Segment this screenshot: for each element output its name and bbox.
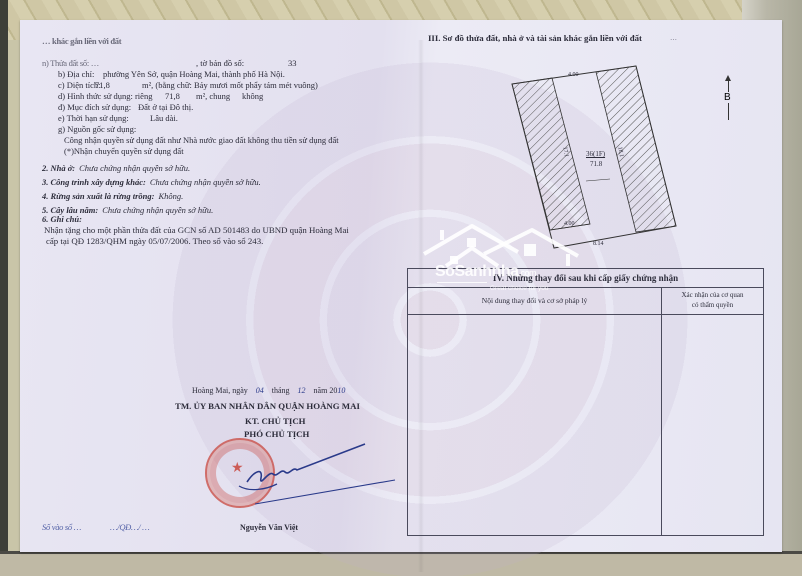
dim-right-side: 18.1 [614, 146, 626, 158]
column-divider [661, 314, 662, 535]
col-authority-confirmation: Xác nhận của cơ quan có thẩm quyền [662, 290, 763, 310]
purpose-value: Đất ở tại Đô thị. [138, 102, 193, 112]
signature-icon [225, 440, 405, 520]
place-date-label: Hoàng Mai, ngày [192, 386, 248, 395]
notes-line-1: Nhận tặng cho một phần thửa đất của GCN … [44, 225, 349, 235]
dim-top: 4.00 [568, 70, 579, 80]
address-value: phường Yên Sở, quận Hoàng Mai, thành phố… [103, 69, 285, 79]
area-value: 71,8 [95, 80, 110, 90]
dim-left-side: 17.1 [559, 146, 571, 158]
origin-label: g) Nguồn gốc sử dụng: [58, 124, 136, 134]
area-unit-words: m², (bằng chữ: Bảy mươi mốt phẩy tám mét… [142, 80, 318, 90]
background-bottom-edge [0, 551, 802, 576]
issuing-org: TM. ỦY BAN NHÂN DÂN QUẬN HOÀNG MAI [175, 401, 360, 411]
parcel-area: 71.8 [590, 159, 602, 169]
month-label: tháng [272, 386, 290, 395]
watermark-domain: .com [519, 268, 537, 278]
changes-table: IV. Những thay đổi sau khi cấp giấy chứn… [407, 268, 764, 536]
north-label: B [724, 92, 731, 103]
purpose-label: đ) Mục đích sử dụng: [58, 102, 131, 112]
background-left-edge [0, 0, 8, 576]
registry-number-handwritten: Số vào sổ … [42, 522, 81, 532]
col2-line-2: có thẩm quyền [662, 300, 763, 310]
map-sheet-label: , tờ bản đồ số: [196, 58, 244, 68]
notes-label: 6. Ghi chú: [42, 214, 82, 224]
origin-line-1: Công nhận quyền sử dụng đất như Nhà nước… [64, 135, 339, 145]
authority-confirmation-cell [663, 315, 763, 535]
origin-line-2: (*)Nhận chuyển quyền sử dụng đất [64, 146, 184, 156]
signer-name: Nguyễn Văn Việt [240, 523, 298, 533]
section-value: Chưa chứng nhận quyền sở hữu. [102, 205, 213, 215]
kt-chairman: KT. CHỦ TỊCH [245, 416, 306, 426]
section-3-title-obscured: … [670, 33, 677, 43]
usage-form-label: d) Hình thức sử dụng: riêng [58, 91, 152, 101]
watermark-underline [437, 282, 487, 283]
address-label: b) Địa chỉ: [58, 69, 94, 79]
usage-shared-label: m², chung [196, 91, 230, 101]
vice-chairman-title: PHÓ CHỦ TỊCH [244, 429, 309, 439]
watermark-brand: SoSanhnha.com [435, 263, 536, 281]
map-sheet-value: 33 [288, 58, 297, 68]
sign-month: 12 [298, 386, 306, 395]
change-content-cell [408, 315, 660, 535]
parcel-label: 36(1F) [586, 149, 605, 159]
watermark-brand-name: SoSanhnha [435, 263, 519, 280]
dim-bottom: 8.14 [593, 239, 604, 249]
sign-place-date: Hoàng Mai, ngày 04 tháng 12 năm 2010 [192, 386, 345, 395]
sign-year: 10 [337, 386, 345, 395]
section-3-title: III. Sơ đồ thửa đất, nhà ở và tài sản kh… [428, 33, 642, 43]
watermark-tagline: Great choice for you [490, 285, 549, 292]
usage-shared-value: không [242, 91, 263, 101]
usage-private-value: 71,8 [165, 91, 180, 101]
col2-line-1: Xác nhận của cơ quan [662, 290, 763, 300]
term-value: Lâu dài. [150, 113, 178, 123]
parcel-number-obscured: n) Thửa đất số: … [42, 58, 99, 68]
notes-line-2: cấp tại QĐ 1283/QHM ngày 05/07/2006. The… [46, 236, 263, 246]
left-header-partial: … khác gắn liền với đất [42, 36, 121, 46]
year-label: năm 20 [314, 386, 338, 395]
term-label: e) Thời hạn sử dụng: [58, 113, 129, 123]
sign-day: 04 [256, 386, 264, 395]
north-arrow: B [724, 80, 729, 120]
decision-number-handwritten: …/QĐ…/ … [110, 522, 149, 532]
